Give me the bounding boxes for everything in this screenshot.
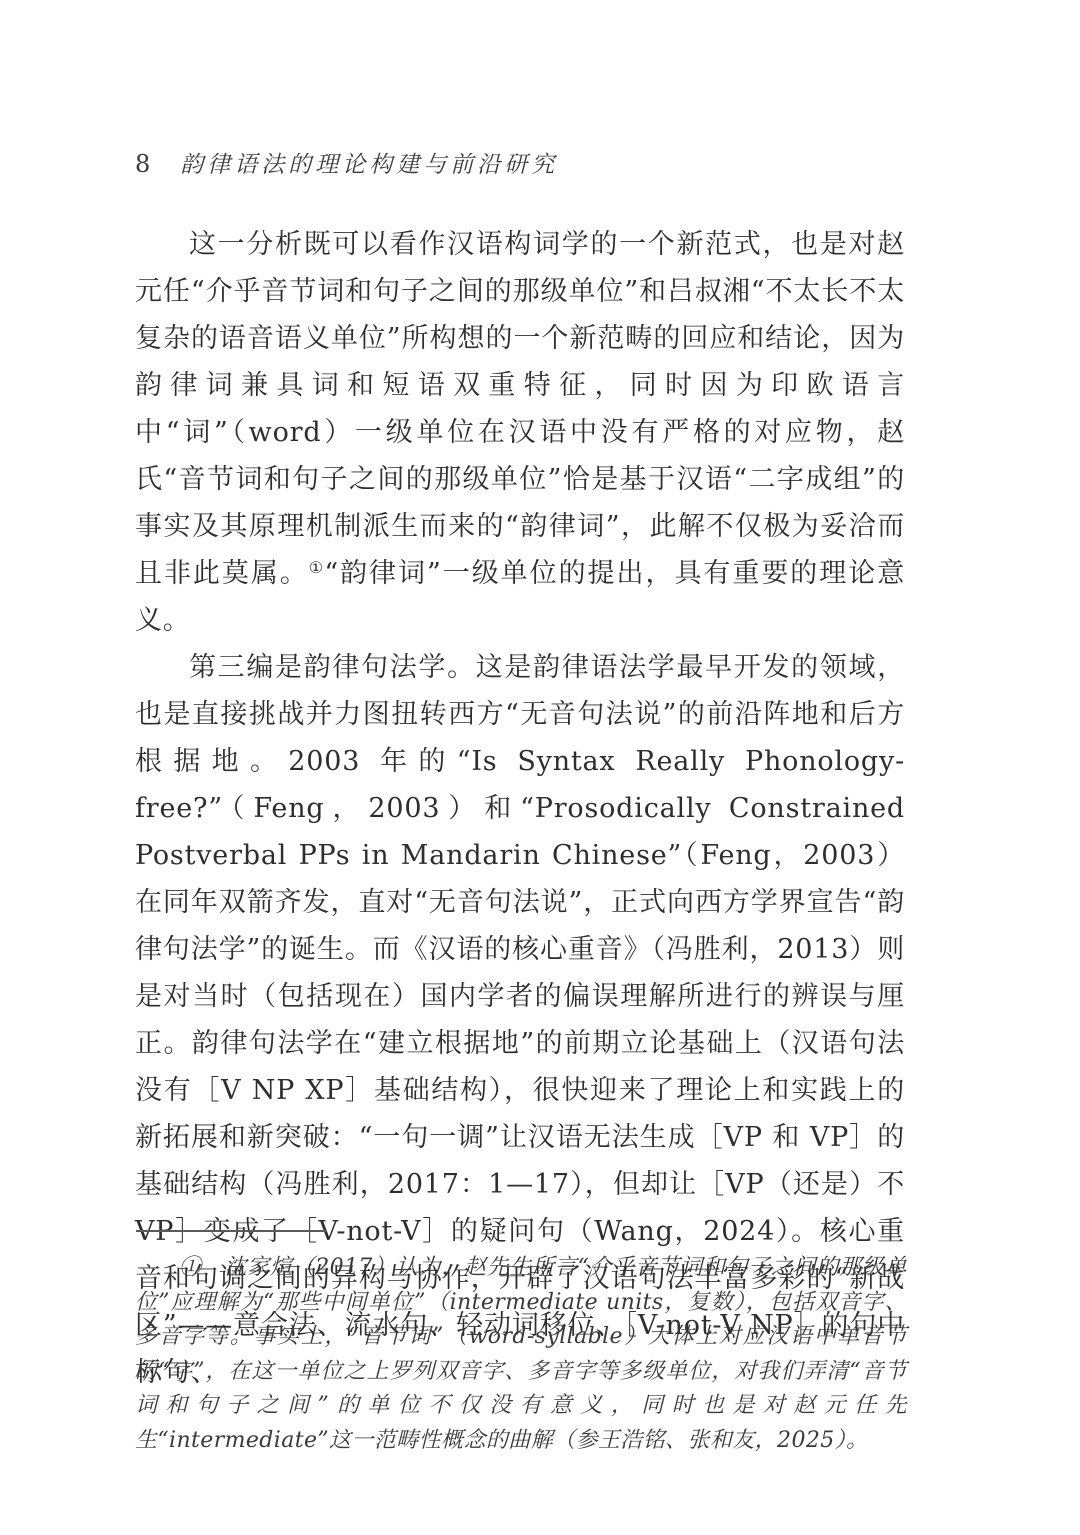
book-page: 8 韵律语法的理论构建与前沿研究 这一分析既可以看作汉语构词学的一个新范式，也是… [0,0,1080,1535]
chapter-title: 韵律语法的理论构建与前沿研究 [180,150,558,180]
footnote-paragraph: ① 沈家煊（2017）认为，赵先生所言“介乎音节词和句子之间的那级单位”应理解为… [135,1251,907,1458]
paragraph-1: 这一分析既可以看作汉语构词学的一个新范式，也是对赵元任“介乎音节词和句子之间的那… [135,221,905,644]
footnote-text: 沈家煊（2017）认为，赵先生所言“介乎音节词和句子之间的那级单位”应理解为“那… [135,1255,907,1453]
paragraph-1-text: 这一分析既可以看作汉语构词学的一个新范式，也是对赵元任“介乎音节词和句子之间的那… [135,229,905,589]
footnote-separator [136,1230,326,1232]
running-header: 8 韵律语法的理论构建与前沿研究 [135,149,558,180]
footnote-reference-marker: ① [309,558,325,577]
footnote-marker: ① [179,1255,202,1280]
footnote: ① 沈家煊（2017）认为，赵先生所言“介乎音节词和句子之间的那级单位”应理解为… [135,1251,907,1458]
page-number: 8 [135,149,150,179]
body-text: 这一分析既可以看作汉语构词学的一个新范式，也是对赵元任“介乎音节词和句子之间的那… [135,221,905,1396]
